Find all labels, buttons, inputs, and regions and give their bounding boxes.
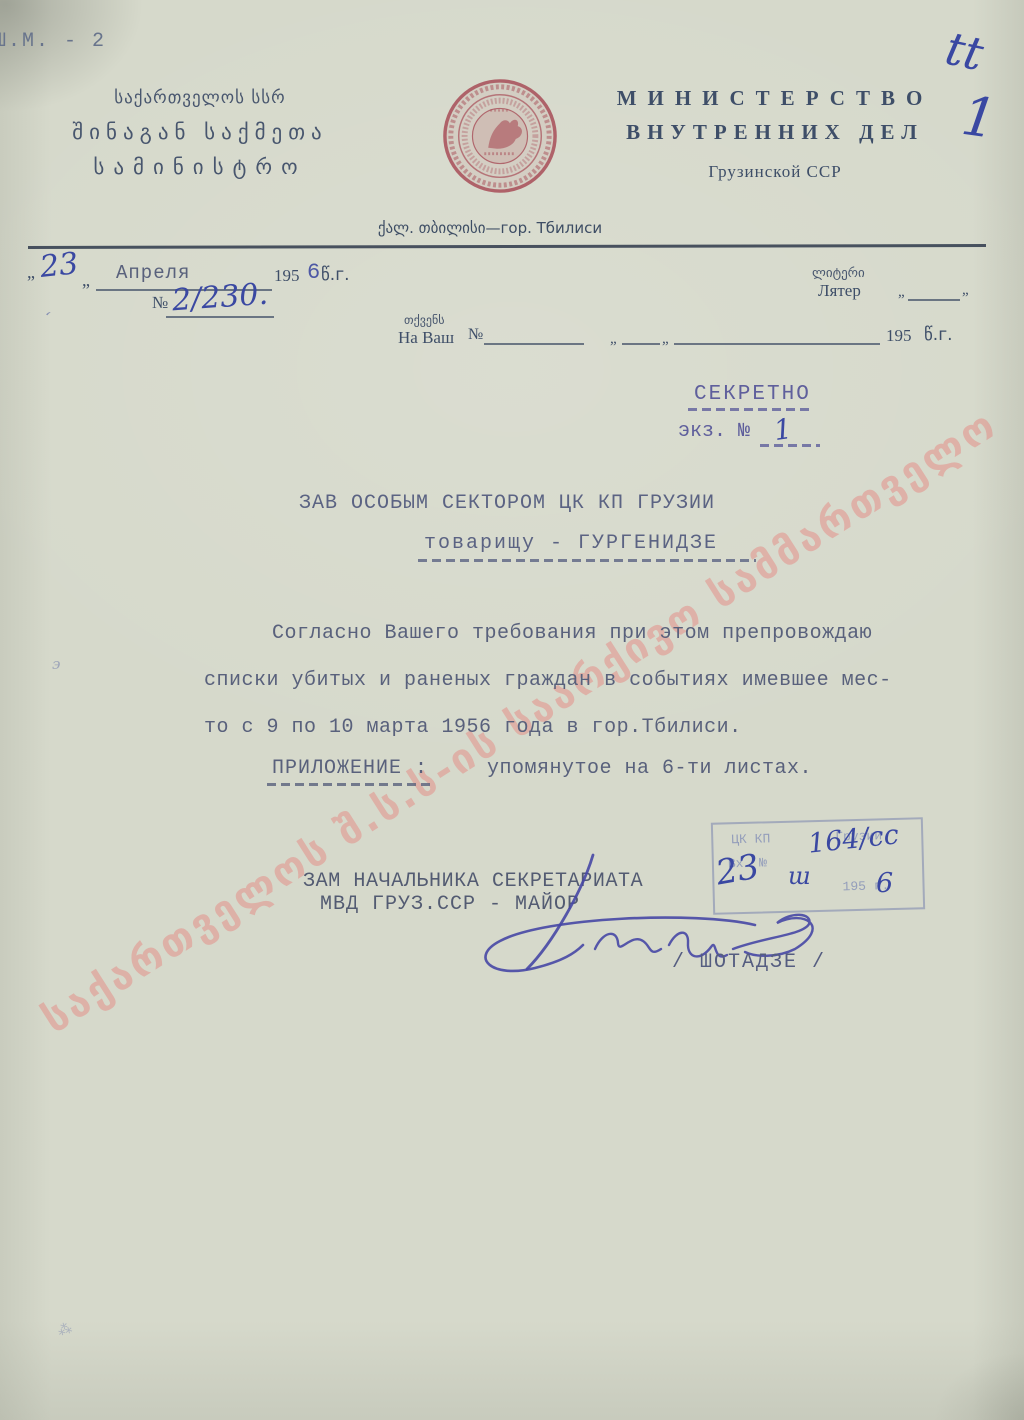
letterhead-russian-line2: ВНУТРЕННИХ ДЕЛ: [600, 120, 950, 145]
handwritten-page-number: 1: [958, 84, 1001, 151]
liter-label: Лятер: [818, 281, 861, 301]
liter-quote-open: „: [898, 284, 905, 301]
handwritten-doc-number: 2/230.: [171, 277, 269, 319]
ink-smudge-2: э: [52, 655, 60, 673]
secret-label: СЕКРЕТНО: [694, 383, 811, 406]
reference-blank-3: [674, 343, 880, 345]
reference-blank-2: [622, 343, 660, 345]
year-suffix: წ.г.: [321, 265, 350, 285]
letterhead-russian-line3: Грузинской ССР: [660, 162, 890, 182]
ink-smudge-1: ʻ: [41, 308, 52, 328]
reference-number-sign: №: [468, 326, 483, 344]
liter-quote-close: „: [962, 282, 969, 299]
attachment-label: ПРИЛОЖЕНИЕ :: [272, 757, 428, 780]
handwritten-copy-number: 1: [772, 412, 794, 447]
reference-quote-close: „: [662, 331, 669, 348]
ink-smudge-3: ⁂: [56, 1320, 74, 1339]
letterhead-georgian-line3: სამინისტრო: [60, 155, 340, 179]
copy-label: экз. №: [678, 420, 750, 443]
date-open-quote: „: [27, 262, 35, 283]
reference-year-suffix: წ.г.: [924, 325, 953, 345]
doc-number-underline: [166, 316, 274, 318]
typed-year-digit: 6: [307, 260, 320, 285]
handwritten-day: 23: [38, 246, 80, 285]
letterhead-russian-line1: МИНИСТЕРСТВО: [610, 86, 940, 111]
body-line3: то с 9 по 10 марта 1956 года в гор.Тбили…: [204, 716, 742, 739]
city-line: ქალ. თბილისი—гор. Тбилиси: [340, 219, 640, 237]
date-close-quote: „: [82, 270, 90, 291]
reference-georgian-label: თქვენს: [404, 313, 445, 327]
typed-month: Апреля: [116, 262, 190, 284]
document-page: საქართველოს შ.ს.ს-ის საარქივო სამმართველ…: [0, 0, 1024, 1420]
handwritten-corner-mark: tt: [941, 21, 988, 82]
letterhead-rule: [28, 244, 986, 249]
body-line1: Согласно Вашего требования при этом преп…: [272, 622, 872, 645]
reference-quote-open: „: [610, 331, 617, 348]
corner-note: Ш.М. - 2: [0, 30, 106, 53]
addressee-line1: ЗАВ ОСОБЫМ СЕКТОРОМ ЦК КП ГРУЗИИ: [299, 492, 715, 515]
addressee-line2: товарищу - ГУРГЕНИДЗЕ: [424, 532, 718, 555]
year-printed: 195: [274, 266, 300, 286]
addressee-underline: [418, 559, 756, 562]
reference-year: 195: [886, 326, 912, 346]
liter-blank-line: [908, 299, 960, 301]
liter-georgian-label: ლიტერი: [812, 266, 865, 281]
letterhead-georgian-line2: შინაგან საქმეთა: [40, 120, 360, 144]
attachment-underline: [267, 783, 433, 786]
letterhead-georgian-line1: საქართველოს სსრ: [90, 88, 310, 108]
attachment-text: упомянутое на 6-ти листах.: [487, 757, 812, 780]
round-seal-icon: [441, 77, 559, 195]
stamp-handwritten-digit: 6: [876, 868, 893, 899]
reference-blank-1: [484, 343, 584, 345]
signer-name: / ШОТАДЗЕ /: [672, 951, 826, 974]
reference-label: На Ваш: [398, 328, 454, 348]
secret-underline: [688, 408, 812, 411]
number-label: №: [152, 293, 168, 313]
body-line2: списки убитых и раненых граждан в событи…: [204, 669, 892, 692]
